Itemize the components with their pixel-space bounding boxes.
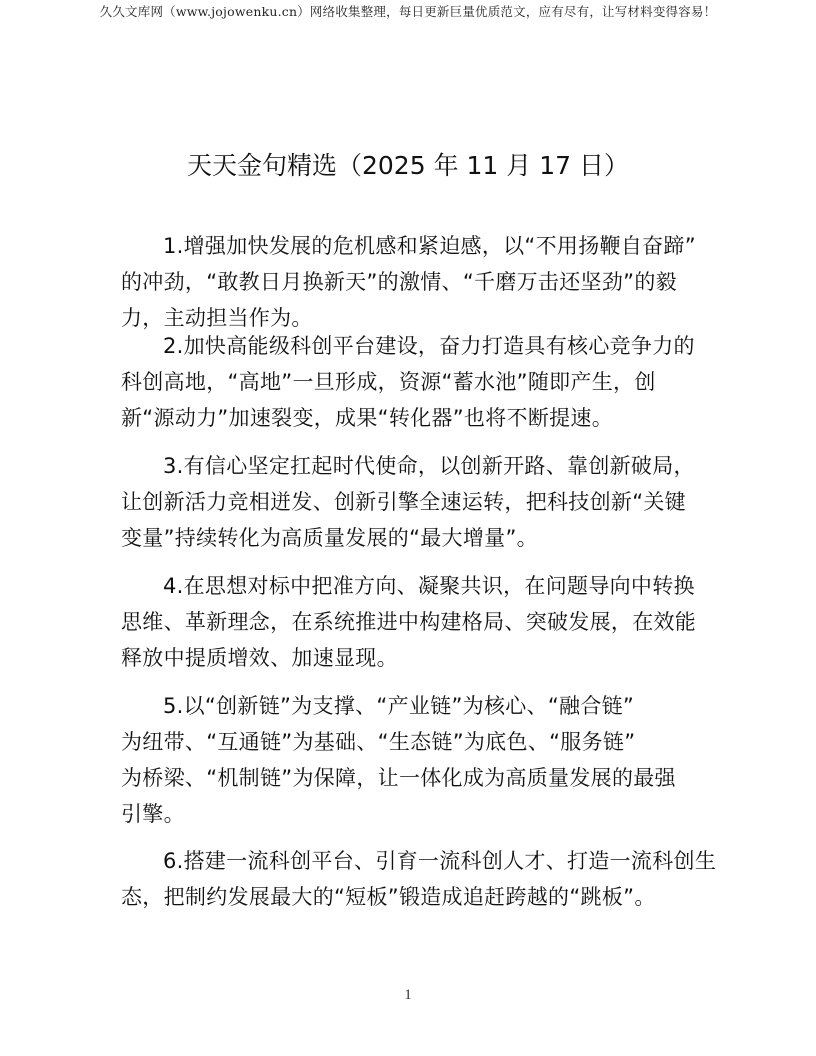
paragraph-1: 1.增强加快发展的危机感和紧迫感，以“不用扬鞭自奋蹄” 的冲劲，“敢教日月换新天… xyxy=(121,228,721,336)
paragraph-4: 4.在思想对标中把准方向、凝聚共识，在问题导向中转换 思维、革新理念，在系统推进… xyxy=(121,568,721,676)
page-number: 1 xyxy=(0,987,816,1004)
paragraph-line: 5.以“创新链”为支撑、“产业链”为核心、“融合链” xyxy=(121,688,721,724)
paragraph-line: 为纽带、“互通链”为基础、“生态链”为底色、“服务链” xyxy=(121,724,721,760)
paragraph-line: 3.有信心坚定扛起时代使命，以创新开路、靠创新破局， xyxy=(121,448,721,484)
paragraph-6: 6.搭建一流科创平台、引育一流科创人才、打造一流科创生 态，把制约发展最大的“短… xyxy=(121,843,721,915)
paragraph-line: 变量”持续转化为高质量发展的“最大增量”。 xyxy=(121,520,721,556)
paragraph-line: 让创新活力竞相迸发、创新引擎全速运转，把科技创新“关键 xyxy=(121,484,721,520)
paragraph-2: 2.加快高能级科创平台建设，奋力打造具有核心竞争力的 科创高地，“高地”一旦形成… xyxy=(121,328,721,436)
paragraph-line: 态，把制约发展最大的“短板”锻造成追赶跨越的“跳板”。 xyxy=(121,879,721,915)
paragraph-line: 思维、革新理念，在系统推进中构建格局、突破发展，在效能 xyxy=(121,604,721,640)
paragraph-line: 2.加快高能级科创平台建设，奋力打造具有核心竞争力的 xyxy=(121,328,721,364)
paragraph-line: 的冲劲，“敢教日月换新天”的激情、“千磨万击还坚劲”的毅 xyxy=(121,264,721,300)
paragraph-line: 6.搭建一流科创平台、引育一流科创人才、打造一流科创生 xyxy=(121,843,721,879)
paragraph-line: 1.增强加快发展的危机感和紧迫感，以“不用扬鞭自奋蹄” xyxy=(121,228,721,264)
paragraph-line: 新“源动力”加速裂变，成果“转化器”也将不断提速。 xyxy=(121,400,721,436)
paragraph-5: 5.以“创新链”为支撑、“产业链”为核心、“融合链” 为纽带、“互通链”为基础、… xyxy=(121,688,721,832)
paragraph-line: 科创高地，“高地”一旦形成，资源“蓄水池”随即产生，创 xyxy=(121,364,721,400)
paragraph-line: 4.在思想对标中把准方向、凝聚共识，在问题导向中转换 xyxy=(121,568,721,604)
paragraph-line: 释放中提质增效、加速显现。 xyxy=(121,640,721,676)
page-title: 天天金句精选（2025 年 11 月 17 日） xyxy=(0,146,816,182)
site-banner: 久久文库网（www.jojowenku.cn）网络收集整理，每日更新巨量优质范文… xyxy=(0,2,816,20)
paragraph-3: 3.有信心坚定扛起时代使命，以创新开路、靠创新破局， 让创新活力竞相迸发、创新引… xyxy=(121,448,721,556)
paragraph-line: 引擎。 xyxy=(121,796,721,832)
paragraph-line: 为桥梁、“机制链”为保障，让一体化成为高质量发展的最强 xyxy=(121,760,721,796)
